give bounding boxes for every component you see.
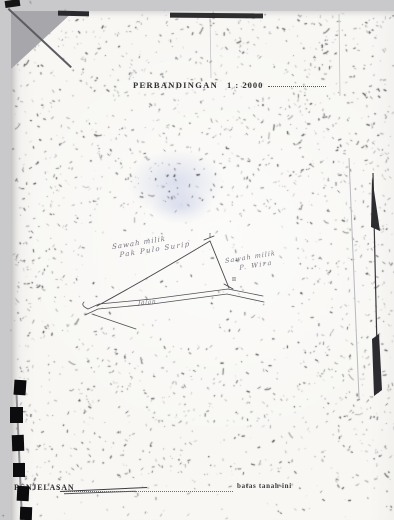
scale-label: PERBANDINGAN	[133, 80, 218, 90]
vertex-mark-top: I	[209, 233, 211, 239]
binding-mark	[17, 486, 30, 502]
scanned-document: PERBANDINGAN 1 : 2000 Sawah milik Pak Pu…	[0, 0, 394, 520]
binding-mark	[20, 507, 32, 520]
binding-mark	[13, 380, 26, 396]
scale-ratio: 1 : 2000	[227, 80, 263, 90]
road-label: Jalan	[138, 298, 156, 308]
binding-mark	[13, 463, 25, 477]
scale-statement: PERBANDINGAN 1 : 2000	[133, 80, 326, 90]
scan-artifact-bar	[58, 11, 89, 17]
scan-artifact-bar	[170, 13, 263, 19]
north-arrow-icon	[349, 158, 382, 398]
dotted-leader	[268, 86, 326, 87]
binding-mark	[12, 435, 25, 451]
binding-mark	[10, 407, 23, 423]
vertex-mark-right: II	[232, 277, 236, 283]
road-lines	[83, 289, 264, 329]
survey-sketch	[0, 0, 394, 520]
